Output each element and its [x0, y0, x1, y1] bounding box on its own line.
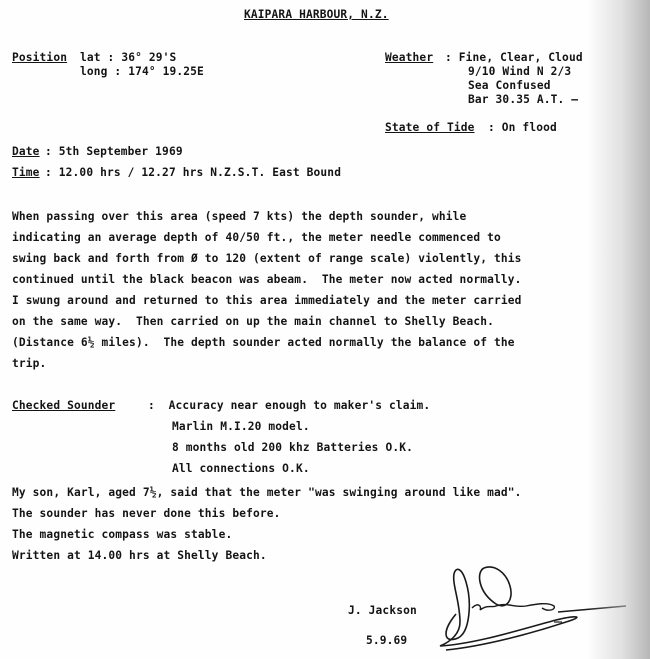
body-line: on the same way. Then carried on up the … [12, 315, 494, 329]
closing-line: The sounder has never done this before. [12, 507, 281, 521]
checked-sounder-line: All connections O.K. [172, 462, 310, 476]
position-latitude: lat : 36° 29'S [80, 51, 176, 65]
tide-label: State of Tide [385, 121, 475, 135]
position-label: Position [12, 51, 67, 65]
weather-line: Bar 30.35 A.T. — [468, 93, 578, 107]
closing-line: My son, Karl, aged 7½, said that the met… [12, 486, 522, 500]
tide-value: : On flood [488, 121, 557, 135]
checked-sounder-line: : Accuracy near enough to maker's claim. [148, 399, 430, 413]
body-line: trip. [12, 357, 46, 371]
weather-label: Weather [385, 51, 433, 65]
date-value: : 5th September 1969 [45, 145, 183, 159]
date-label: Date [12, 145, 40, 159]
typed-document-page: KAIPARA HARBOUR, N.Z. Position lat : 36°… [0, 0, 650, 659]
weather-line: Sea Confused [468, 79, 551, 93]
signatory-name: J. Jackson [348, 604, 417, 618]
body-line: I swung around and returned to this area… [12, 294, 522, 308]
body-line: (Distance 6½ miles). The depth sounder a… [12, 336, 515, 350]
time-value: : 12.00 hrs / 12.27 hrs N.Z.S.T. East Bo… [45, 166, 341, 180]
closing-line: The magnetic compass was stable. [12, 528, 232, 542]
checked-sounder-label: Checked Sounder [12, 399, 115, 413]
checked-sounder-line: 8 months old 200 khz Batteries O.K. [172, 441, 413, 455]
body-line: swing back and forth from Ø to 120 (exte… [12, 252, 522, 266]
checked-sounder-line: Marlin M.I.20 model. [172, 420, 310, 434]
page-edge-shadow [588, 0, 650, 659]
time-label: Time [12, 166, 40, 180]
weather-line: 9/10 Wind N 2/3 [468, 65, 571, 79]
document-title: KAIPARA HARBOUR, N.Z. [244, 8, 389, 22]
handwritten-signature-icon [436, 562, 636, 652]
body-line: continued until the black beacon was abe… [12, 273, 522, 287]
body-line: indicating an average depth of 40/50 ft.… [12, 231, 501, 245]
signature-date: 5.9.69 [366, 634, 407, 648]
closing-line: Written at 14.00 hrs at Shelly Beach. [12, 549, 267, 563]
body-line: When passing over this area (speed 7 kts… [12, 210, 466, 224]
weather-line: : Fine, Clear, Cloud [445, 51, 583, 65]
position-longitude: long : 174° 19.25E [80, 65, 204, 79]
